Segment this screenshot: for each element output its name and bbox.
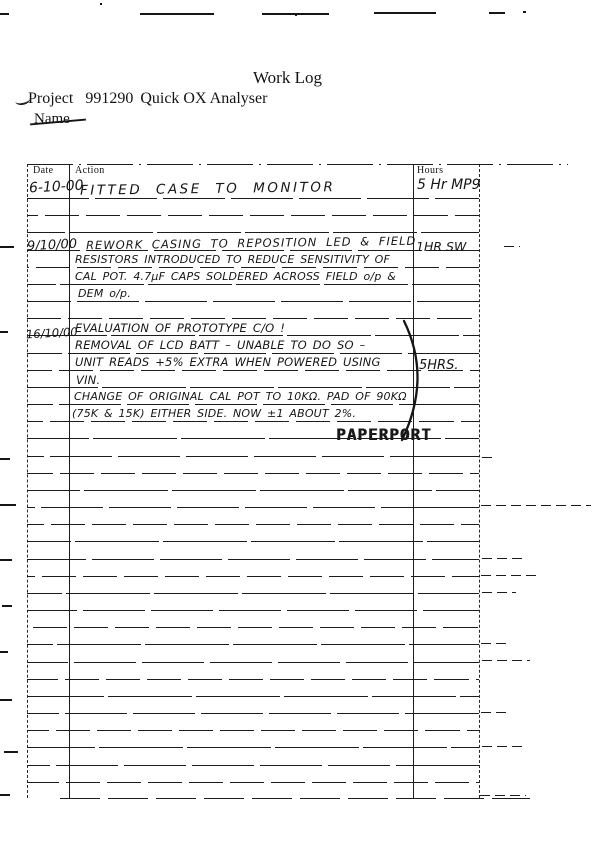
scan-noise — [482, 592, 516, 593]
scan-noise — [481, 712, 511, 713]
ruled-line — [60, 798, 530, 799]
column-header-date: Date — [33, 165, 53, 176]
scan-noise — [374, 12, 436, 14]
scan-noise — [0, 651, 8, 653]
column-header-hours: Hours — [417, 165, 443, 176]
ruled-line — [27, 164, 568, 165]
ruled-line — [27, 747, 479, 748]
table-right-border — [479, 164, 480, 798]
scan-noise — [482, 746, 526, 747]
ruled-line — [27, 730, 479, 731]
ruled-line — [27, 215, 479, 216]
scan-noise — [481, 575, 539, 576]
entry-action-line: RESISTORS INTRODUCED TO REDUCE SENSITIVI… — [75, 253, 390, 266]
scan-noise — [140, 13, 214, 15]
project-name: Quick OX Analyser — [140, 90, 267, 107]
date-column-divider — [69, 164, 70, 798]
scan-noise — [482, 457, 494, 458]
ruled-line — [27, 284, 479, 285]
paperport-watermark: PAPERPORT — [336, 425, 432, 444]
ruled-line — [27, 507, 479, 508]
ruled-line — [27, 610, 479, 611]
scan-noise — [480, 795, 526, 796]
scan-noise — [489, 12, 505, 14]
entry-action-line: VIN. — [76, 373, 100, 387]
ruled-line — [27, 696, 479, 697]
entry-action-line: DEM o/p. — [78, 287, 131, 300]
ruled-line — [27, 456, 479, 457]
scan-noise — [4, 751, 18, 753]
hours-column-divider — [413, 164, 414, 798]
ruled-line — [27, 627, 479, 628]
entry-action-line: REMOVAL OF LCD BATT – UNABLE TO DO SO – — [75, 338, 366, 352]
ruled-line — [27, 662, 479, 663]
entry-action-line: EVALUATION OF PROTOTYPE C/O ! — [75, 321, 285, 335]
ruled-line — [27, 490, 479, 491]
entry-action-line: UNIT READS +5% EXTRA WHEN POWERED USING — [75, 355, 381, 369]
scan-noise — [295, 14, 297, 16]
ruled-line — [27, 559, 479, 560]
ruled-line — [27, 267, 479, 268]
ruled-line — [27, 524, 479, 525]
ruled-line — [27, 765, 479, 766]
entry-date: 16/10/00 — [26, 325, 78, 342]
entry-action-line: CHANGE OF ORIGINAL CAL POT TO 10KΩ. PAD … — [74, 390, 407, 403]
table-left-border — [27, 164, 28, 798]
ruled-line — [27, 473, 479, 474]
project-label: Project — [28, 90, 73, 107]
scan-noise — [481, 643, 507, 644]
ruled-line — [27, 713, 479, 714]
scan-noise — [0, 331, 8, 333]
entry-hours: 5 Hr MP9 — [417, 177, 481, 193]
page-title: Work Log — [253, 68, 322, 88]
scan-noise — [2, 605, 12, 607]
scan-noise — [0, 699, 12, 701]
ruled-line — [27, 593, 479, 594]
entry-action-line: CAL POT. 4.7µF CAPS SOLDERED ACROSS FIEL… — [75, 270, 396, 283]
column-header-action: Action — [75, 165, 105, 176]
scan-noise — [0, 13, 9, 15]
entry-date: 6-10-00 — [29, 178, 84, 197]
entry-action-line: FITTED CASE TO MONITOR — [80, 179, 335, 199]
ruled-line — [27, 301, 479, 302]
ruled-line — [27, 782, 479, 783]
scan-noise — [482, 558, 522, 559]
scan-noise — [0, 559, 12, 561]
ruled-line — [27, 644, 479, 645]
ruled-line — [27, 541, 479, 542]
entry-date: 9/10/00 — [27, 237, 78, 255]
scan-noise — [0, 458, 10, 460]
scan-noise — [482, 660, 530, 661]
scan-noise — [504, 246, 520, 247]
scan-noise — [100, 3, 102, 5]
scan-noise — [523, 11, 526, 13]
project-number: 991290 — [85, 90, 133, 107]
scanned-work-log-page: Work Log Project991290Quick OX Analyser … — [0, 0, 595, 852]
ruled-line — [27, 576, 479, 577]
scan-noise — [481, 505, 591, 506]
entry-hours: 1HR SW — [416, 239, 466, 254]
entry-action-line: (75K & 15K) EITHER SIDE. NOW ±1 ABOUT 2%… — [72, 407, 356, 420]
ruled-line — [27, 679, 479, 680]
scan-noise — [0, 794, 10, 796]
project-line: Project991290Quick OX Analyser — [28, 90, 267, 108]
scan-noise — [0, 246, 14, 248]
scan-noise — [0, 504, 16, 506]
